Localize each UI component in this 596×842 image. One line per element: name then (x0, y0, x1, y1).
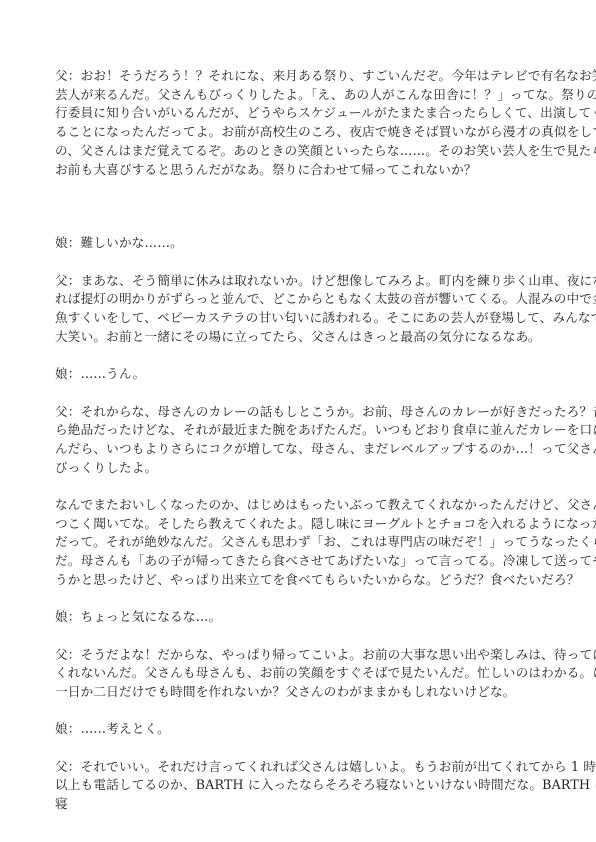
spacer (55, 590, 555, 609)
text-line: 娘：……考えとく。 (55, 720, 555, 739)
text-line: 以上も電話してるのか、BARTH に入ったならそろそろ寝ないといけない時間だな。… (55, 776, 555, 795)
text-line: びっくりしたよ。 (55, 459, 555, 478)
spacer (55, 346, 555, 365)
paragraph-daughter-3: 娘：ちょっと気になるな…。 (55, 608, 555, 627)
paragraph-father-3: 父：それからな、母さんのカレーの話もしとこうか。お前、母さんのカレーが好きだった… (55, 403, 555, 478)
text-line: 娘：……うん。 (55, 365, 555, 384)
text-line: んだら、いつもよりさらにコクが増してな、母さん、まだレベルアップするのか…！って… (55, 440, 555, 459)
spacer (55, 384, 555, 403)
text-line: 大笑い。お前と一緒にその場に立ってたら、父さんはきっと最高の気分になるなあ。 (55, 328, 555, 347)
spacer (55, 477, 555, 496)
paragraph-father-2: 父：まあな、そう簡単に休みは取れないか。けど想像してみろよ。町内を練り歩く山車、… (55, 272, 555, 347)
text-line: 娘：ちょっと気になるな…。 (55, 608, 555, 627)
text-line: 父：それでいい。それだけ言ってくれれば父さんは嬉しいよ。もうお前が出てくれてから… (55, 758, 555, 777)
spacer (55, 739, 555, 758)
text-line: ら絶品だったけどな、それが最近また腕をあげたんだ。いつもどおり食卓に並んだカレー… (55, 421, 555, 440)
paragraph-father-5: 父：それでいい。それだけ言ってくれれば父さんは嬉しいよ。もうお前が出てくれてから… (55, 758, 555, 814)
text-line: つこく聞いてな。そしたら教えてくれたよ。隠し味にヨーグルトとチョコを入れるように… (55, 515, 555, 534)
spacer (55, 702, 555, 721)
text-line: 娘：難しいかな……。 (55, 234, 555, 253)
text-line: 魚すくいをして、ベビーカステラの甘い匂いに誘われる。そこにあの芸人が登場して、み… (55, 309, 555, 328)
text-line: だって。それが絶妙なんだ。父さんも思わず「お、これは専門店の味だぞ！」ってうなっ… (55, 533, 555, 552)
text-line: れば提灯の明かりがずらっと並んで、どこからともなく太鼓の音が響いてくる。人混みの… (55, 290, 555, 309)
spacer (55, 627, 555, 646)
text-line: 父：そうだよな！だからな、やっぱり帰ってこいよ。お前の大事な思い出や楽しみは、待… (55, 646, 555, 665)
text-line: だ。母さんも「あの子が帰ってきたら食べさせてあげたいな」って言ってる。冷凍して送… (55, 552, 555, 571)
text-line: うかと思ったけど、やっぱり出来立てを食べてもらいたいからな。どうだ？食べたいだろ… (55, 571, 555, 590)
text-line: の、父さんはまだ覚えてるぞ。あのときの笑顔といったらな……。そのお笑い芸人を生で… (55, 142, 555, 161)
text-line: 寝 (55, 795, 555, 814)
text-line: ることになったんだってよ。お前が高校生のころ、夜店で焼きそば買いながら漫才の真似… (55, 123, 555, 142)
document-page: 父：おお！そうだろう！？それにな、来月ある祭り、すごいんだぞ。今年はテレビで有名… (55, 67, 555, 814)
text-line: 父：まあな、そう簡単に休みは取れないか。けど想像してみろよ。町内を練り歩く山車、… (55, 272, 555, 291)
paragraph-daughter-4: 娘：……考えとく。 (55, 720, 555, 739)
paragraph-father-3-cont: なんでまたおいしくなったのか、はじめはもったいぶって教えてくれなかったんだけど、… (55, 496, 555, 590)
text-line: 芸人が来るんだ。父さんもびっくりしたよ。「え、あの人がこんな田舎に！？」ってな。… (55, 86, 555, 105)
paragraph-daughter-2: 娘：……うん。 (55, 365, 555, 384)
text-line: お前も大喜びすると思うんだがなあ。祭りに合わせて帰ってこれないか？ (55, 161, 555, 180)
text-line: くれないんだ。父さんも母さんも、お前の笑顔をすぐそばで見たいんだ。忙しいのはわか… (55, 664, 555, 683)
paragraph-daughter-1: 娘：難しいかな……。 (55, 234, 555, 253)
paragraph-father-4: 父：そうだよな！だからな、やっぱり帰ってこいよ。お前の大事な思い出や楽しみは、待… (55, 646, 555, 702)
paragraph-father-1: 父：おお！そうだろう！？それにな、来月ある祭り、すごいんだぞ。今年はテレビで有名… (55, 67, 555, 179)
spacer (55, 179, 555, 234)
text-line: 一日か二日だけでも時間を作れないか？父さんのわがままかもしれないけどな。 (55, 683, 555, 702)
text-line: 行委員に知り合いがいるんだが、どうやらスケジュールがたまたま合ったらしくて、出演… (55, 104, 555, 123)
spacer (55, 253, 555, 272)
text-line: 父：それからな、母さんのカレーの話もしとこうか。お前、母さんのカレーが好きだった… (55, 403, 555, 422)
text-line: 父：おお！そうだろう！？それにな、来月ある祭り、すごいんだぞ。今年はテレビで有名… (55, 67, 555, 86)
text-line: なんでまたおいしくなったのか、はじめはもったいぶって教えてくれなかったんだけど、… (55, 496, 555, 515)
